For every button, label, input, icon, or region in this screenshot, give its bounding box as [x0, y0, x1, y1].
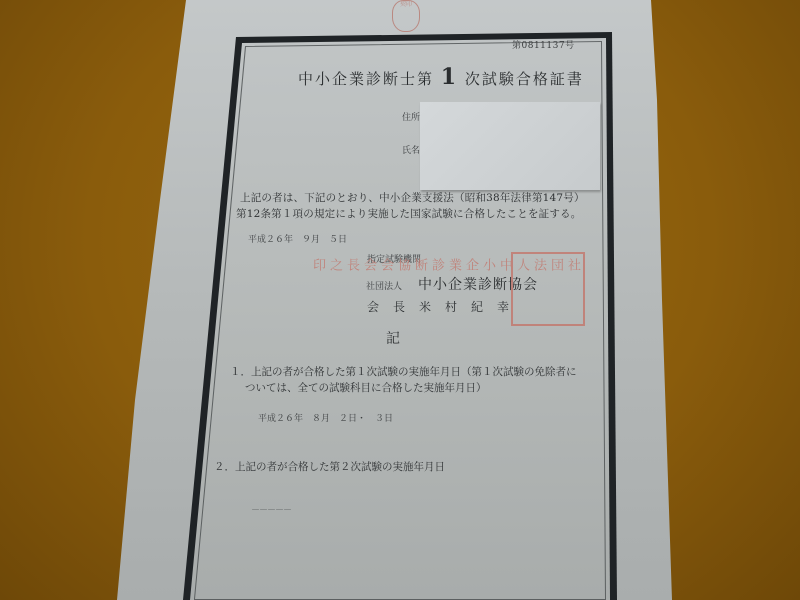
item-1-date: 平成２６年 ８月 ２日・ ３日	[258, 411, 393, 424]
body-line-1: 上記の者は、下記のとおり、中小企業支援法（昭和38年法律第147号）	[240, 190, 585, 205]
issue-date: 平成２６年 ９月 ５日	[248, 232, 347, 245]
org-type: 社団法人	[366, 279, 402, 292]
title-prefix: 中小企業診断士第	[298, 70, 434, 88]
title-suffix: 次試験合格証書	[465, 70, 584, 88]
name-label: 氏名	[402, 143, 420, 156]
item-1-line-2: ついては、全ての試験科目に合格した実施年月日）	[245, 380, 487, 395]
certificate-title: 中小企業診断士第 1 次試験合格証書	[298, 64, 584, 90]
item-2: ２．上記の者が合格した第２次試験の実施年月日	[214, 459, 445, 474]
certificate-number: 第0811137号	[512, 38, 575, 51]
chairman-name: 会長米村紀幸	[367, 298, 523, 315]
address-label: 住所	[402, 110, 420, 123]
item-2-date: －－－－－	[251, 503, 291, 516]
official-seal-stamp: 社団法人中小企業診断協会会長之印	[511, 252, 585, 326]
ki-heading: 記	[386, 328, 400, 348]
title-number: 1	[441, 64, 458, 90]
redaction-cover	[420, 102, 600, 190]
top-seal-stamp: 契印	[392, 0, 420, 32]
item-1-line-1: １．上記の者が合格した第１次試験の実施年月日（第１次試験の免除者に	[230, 364, 577, 379]
body-line-2: 第12条第１項の規定により実施した国家試験に合格したことを証する。	[236, 206, 581, 221]
top-seal-text: 契印	[400, 1, 412, 8]
